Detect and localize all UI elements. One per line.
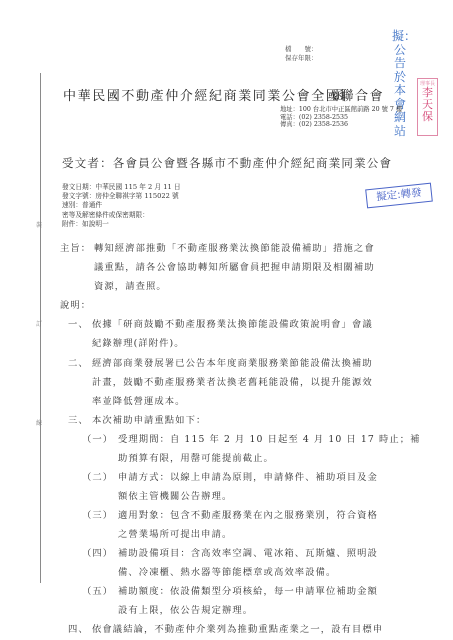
sub-item-line: 助預算有限，用罄可能提前截止。	[118, 450, 274, 464]
sub-item-line: 補助額度：依設備類型分項核給，每一申請單位補助金額	[118, 583, 378, 597]
sub-item-number: （四）	[82, 545, 113, 559]
sub-item-line: 適用對象：包含不動產服務業在內之服務業別，符合資格	[118, 507, 378, 521]
item-line: 依會議結論，不動產仲介業列為推動重點產業之一，設有目標申	[92, 621, 383, 635]
delivery-speed: 速別：普通件	[62, 201, 181, 210]
item-line: 計畫，鼓勵不動產服務業者汰換老舊耗能設備，以提升能源效	[92, 374, 373, 388]
subject-line: 資源，請查照。	[94, 278, 167, 292]
explanation-label: 說明：	[60, 297, 91, 311]
sub-item-line: 之營業場所可提出申請。	[118, 526, 232, 540]
item-number: 二、	[68, 355, 89, 369]
margin-mark-ding: 訂	[36, 319, 42, 328]
margin-mark-xian: 線	[36, 418, 42, 427]
item-number: 一、	[68, 316, 89, 330]
sub-item-line: 申請方式：以線上申請為原則，申請條件、補助項目及金	[118, 469, 378, 483]
binding-margin-line	[40, 73, 41, 583]
margin-mark-zhuang: 裝	[36, 220, 42, 229]
item-line: 紀錄辦理(詳附件)。	[92, 335, 185, 349]
sub-item-number: （五）	[82, 583, 113, 597]
sub-item-number: （三）	[82, 507, 113, 521]
item-number: 四、	[68, 621, 89, 635]
contact-block: 地址：100 台北市中正區館前路 20 號 7 樓 電話：(02) 2358-2…	[280, 106, 402, 129]
item-line: 經濟部商業發展署已公告本年度商業服務業節能設備汰換補助	[92, 355, 373, 369]
attachment: 附件：如說明一	[62, 220, 181, 229]
sub-item-number: （二）	[82, 469, 113, 483]
fax: 傳真：(02) 2358-2536	[280, 121, 402, 129]
sub-item-line: 備、冷凍櫃、熱水器等節能標章或高效率設備。	[118, 564, 336, 578]
sub-item-line: 設有上限，依公告規定辦理。	[118, 602, 253, 616]
file-number-label: 檔 號：	[285, 45, 318, 53]
sub-item-line: 額依主管機關公告辦理。	[118, 488, 232, 502]
sub-item-number: （一）	[82, 431, 113, 445]
approval-blue-stamp: 擬定:轉發	[365, 183, 433, 209]
address: 地址：100 台北市中正區館前路 20 號 7 樓	[280, 106, 402, 114]
item-line: 率並降低營運成本。	[92, 393, 186, 407]
seal-name: 李天保	[422, 87, 434, 123]
item-number: 三、	[68, 412, 89, 426]
recipient: 受文者：各會員公會暨各縣市不動產仲介經紀商業同業公會	[62, 155, 392, 171]
chairman-red-seal: 理事長 李天保	[417, 78, 438, 136]
issue-date: 發文日期：中華民國 115 年 2 月 11 日	[62, 183, 181, 192]
item-line: 本次補助申請重點如下：	[92, 412, 206, 426]
secrecy-level: 密等及解密條件或保密期限：	[62, 211, 181, 220]
document-info: 發文日期：中華民國 115 年 2 月 11 日 發文字號：房仲全聯祺字第 11…	[62, 183, 181, 229]
document-type: 函	[332, 85, 345, 104]
subject-line: 議重點，請各公會協助轉知所屬會員把握申請期限及相關補助	[94, 259, 375, 273]
sub-item-line: 補助設備項目：含高效率空調、電冰箱、瓦斯爐、照明設	[118, 545, 378, 559]
subject-label: 主旨：	[60, 240, 91, 254]
sub-item-line: 受理期間：自 115 年 2 月 10 日起至 4 月 10 日 17 時止；補	[118, 431, 421, 445]
item-line: 依據「研商鼓勵不動產服務業汰換節能設備政策說明會」會議	[92, 316, 373, 330]
retention-label: 保存年限：	[285, 54, 318, 62]
subject-line: 轉知經濟部推動「不動產服務業汰換節能設備補助」措施之會	[94, 240, 375, 254]
